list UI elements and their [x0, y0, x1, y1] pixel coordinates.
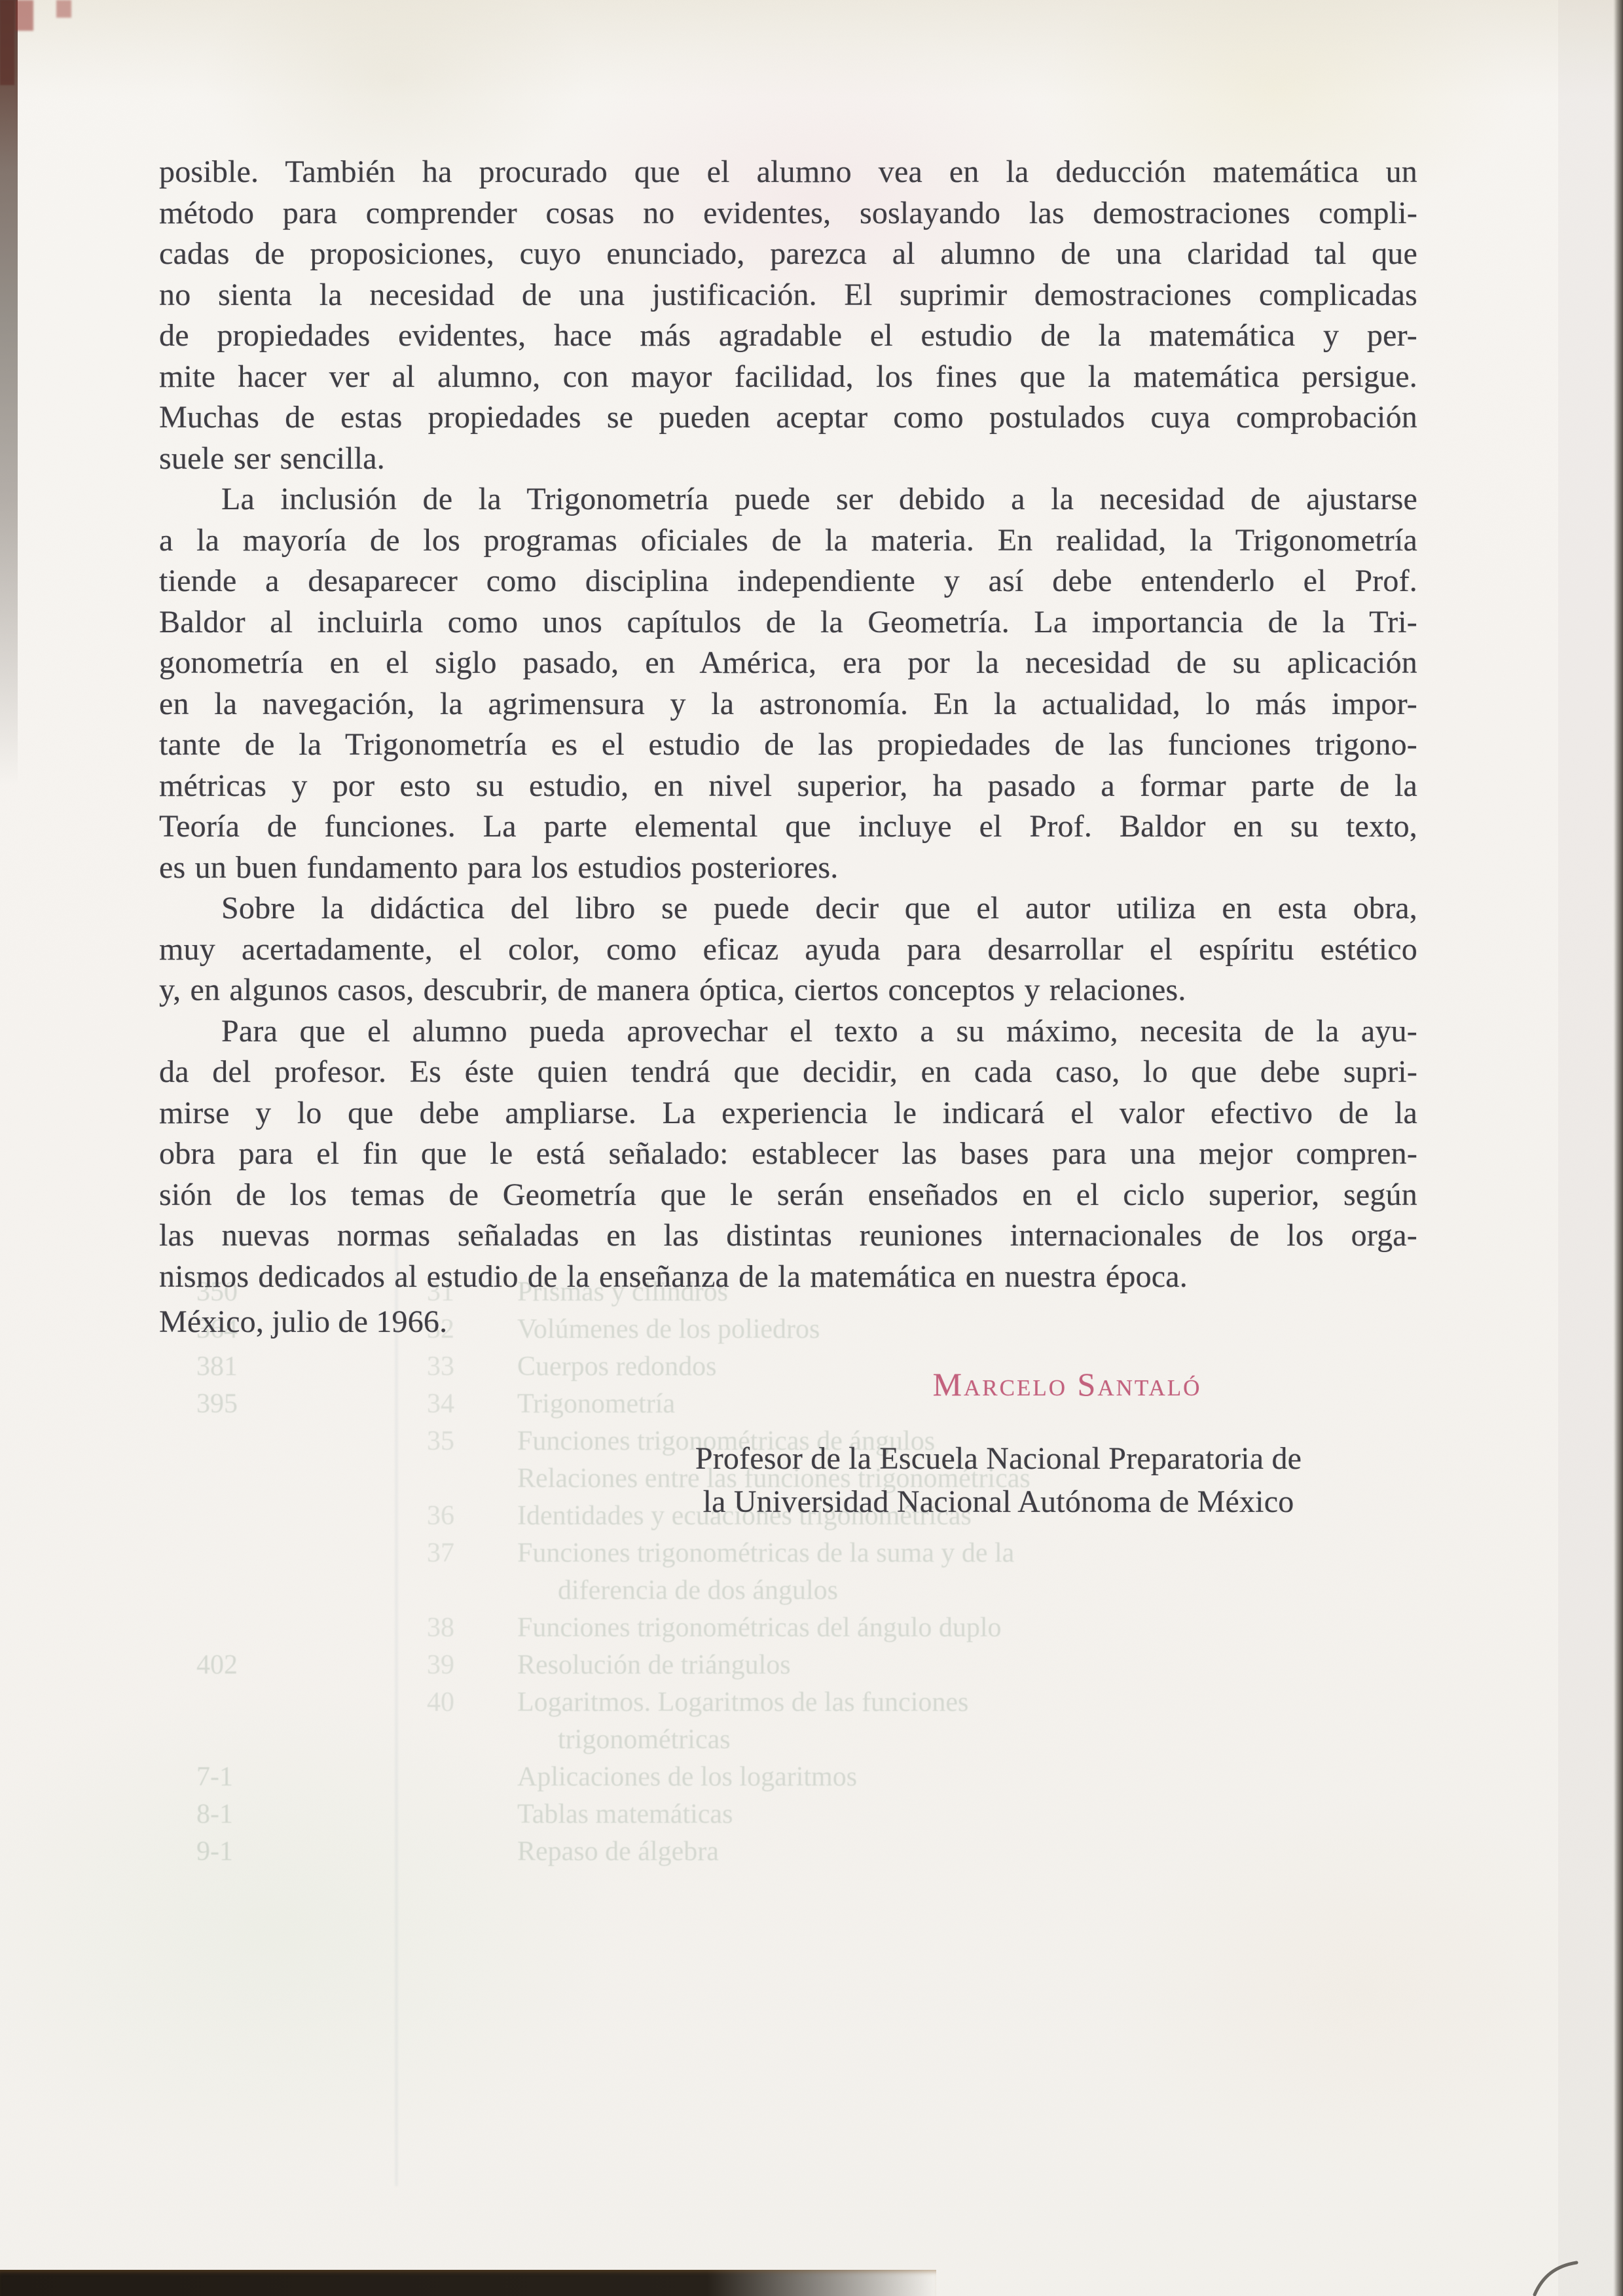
bleedthrough-text: Trigonometría: [517, 1388, 675, 1420]
bleedthrough-text: 402: [196, 1649, 238, 1681]
attribution-line: Profesor de la Escuela Nacional Preparat…: [665, 1437, 1332, 1480]
paragraph: Sobre la didáctica del libro se puede de…: [159, 888, 1417, 1011]
signature-name: Marcelo Santaló: [871, 1365, 1264, 1403]
bleedthrough-text: Aplicaciones de los logaritmos: [517, 1761, 857, 1793]
bleedthrough-text: Cuerpos redondos: [517, 1351, 716, 1382]
text-line: no sienta la necesidad de una justificac…: [159, 275, 1417, 316]
bleedthrough-text: Funciones trigonométricas del ángulo dup…: [517, 1612, 1002, 1643]
attribution: Profesor de la Escuela Nacional Preparat…: [665, 1437, 1332, 1524]
text-line: Teoría de funciones. La parte elemental …: [159, 806, 1417, 848]
bleedthrough-text: diferencia de dos ángulos: [558, 1575, 838, 1606]
bleedthrough-text: Tablas matemáticas: [517, 1799, 733, 1830]
top-left-red-mark-small: [56, 0, 71, 18]
text-line: de propiedades evidentes, hace más agrad…: [159, 315, 1417, 357]
right-edge-shadow: [1613, 0, 1623, 2296]
text-line: tante de la Trigonometría es el estudio …: [159, 725, 1417, 766]
text-line: Sobre la didáctica del libro se puede de…: [159, 888, 1417, 929]
bleedthrough-text: 36: [427, 1500, 454, 1532]
top-left-red-mark: [16, 0, 33, 31]
bottom-right-stray-mark: [1528, 2255, 1587, 2296]
bleedthrough-text: 40: [427, 1687, 454, 1718]
text-line: método para comprender cosas no evidente…: [159, 193, 1417, 234]
bleedthrough-toc-row: 38Funciones trigonométricas del ángulo d…: [0, 1612, 1375, 1645]
bottom-edge-dark-bar: [0, 2270, 936, 2296]
bleedthrough-text: 39: [427, 1649, 454, 1681]
text-line: en la navegación, la agrimensura y la as…: [159, 684, 1417, 725]
paragraph: Para que el alumno pueda aprovechar el t…: [159, 1011, 1417, 1298]
bleedthrough-toc-row: 37Funciones trigonométricas de la suma y…: [0, 1537, 1375, 1570]
text-line: mite hacer ver al alumno, con mayor faci…: [159, 357, 1417, 398]
bleedthrough-toc-row: 9-1Repaso de álgebra: [0, 1836, 1375, 1869]
bleedthrough-text: 35: [427, 1426, 454, 1457]
paper-fold-line: [395, 1244, 397, 2186]
text-line: La inclusión de la Trigonometría puede s…: [159, 479, 1417, 520]
text-line: muy acertadamente, el color, como eficaz…: [159, 929, 1417, 971]
text-line: nismos dedicados al estudio de la enseña…: [159, 1257, 1417, 1298]
text-line: las nuevas normas señaladas en las disti…: [159, 1215, 1417, 1257]
bleedthrough-toc-row: 40Logaritmos. Logaritmos de las funcione…: [0, 1687, 1375, 1719]
bleedthrough-text: 37: [427, 1537, 454, 1569]
bleedthrough-toc-row: 40239Resolución de triángulos: [0, 1649, 1375, 1682]
bleedthrough-text: Repaso de álgebra: [517, 1836, 719, 1867]
bleedthrough-toc-row: 8-1Tablas matemáticas: [0, 1799, 1375, 1831]
attribution-line: la Universidad Nacional Autónoma de Méxi…: [665, 1480, 1332, 1524]
paragraph: posible. También ha procurado que el alu…: [159, 152, 1417, 479]
text-line: posible. También ha procurado que el alu…: [159, 152, 1417, 193]
right-edge-speckle-band: [1558, 0, 1614, 2296]
bleedthrough-text: Volúmenes de los poliedros: [517, 1314, 820, 1345]
text-line: sión de los temas de Geometría que le se…: [159, 1175, 1417, 1216]
bleedthrough-text: 33: [427, 1351, 454, 1382]
bleedthrough-text: 395: [196, 1388, 238, 1420]
text-line: Para que el alumno pueda aprovechar el t…: [159, 1011, 1417, 1052]
text-line: métricas y por esto su estudio, en nivel…: [159, 766, 1417, 807]
text-line: gonometría en el siglo pasado, en Améric…: [159, 643, 1417, 684]
bleedthrough-text: Logaritmos. Logaritmos de las funciones: [517, 1687, 968, 1718]
top-edge-shadow: [0, 0, 1623, 98]
text-line: mirse y lo que debe ampliarse. La experi…: [159, 1093, 1417, 1134]
text-line: Baldor al incluirla como unos capítulos …: [159, 602, 1417, 643]
dateline: México, julio de 1966.: [159, 1304, 447, 1340]
left-edge-dark-top: [0, 0, 14, 85]
bleedthrough-text: 38: [427, 1612, 454, 1643]
bleedthrough-text: 34: [427, 1388, 454, 1420]
bleedthrough-text: Funciones trigonométricas de la suma y d…: [517, 1537, 1014, 1569]
text-line: y, en algunos casos, descubrir, de maner…: [159, 970, 1417, 1011]
text-line: cadas de proposiciones, cuyo enunciado, …: [159, 234, 1417, 275]
text-line: es un buen fundamento para los estudios …: [159, 848, 1417, 889]
bleedthrough-text: 9-1: [196, 1836, 233, 1867]
bleedthrough-toc-row: 7-1Aplicaciones de los logaritmos: [0, 1761, 1375, 1794]
text-line: Muchas de estas propiedades se pueden ac…: [159, 397, 1417, 439]
bleedthrough-text: 7-1: [196, 1761, 233, 1793]
scanned-page: 35031Prismas y cilindros36432Volúmenes d…: [0, 0, 1623, 2296]
text-line: obra para el fin que le está señalado: e…: [159, 1134, 1417, 1175]
text-line: tiende a desaparecer como disciplina ind…: [159, 561, 1417, 602]
text-line: a la mayoría de los programas oficiales …: [159, 520, 1417, 562]
bleedthrough-toc-row: trigonométricas: [0, 1724, 1375, 1757]
bleedthrough-text: trigonométricas: [558, 1724, 731, 1755]
bleedthrough-text: 381: [196, 1351, 238, 1382]
left-edge-shadow: [0, 0, 18, 818]
paragraph: La inclusión de la Trigonometría puede s…: [159, 479, 1417, 888]
text-line: da del profesor. Es éste quien tendrá qu…: [159, 1052, 1417, 1093]
body-text: posible. También ha procurado que el alu…: [159, 152, 1417, 1297]
text-line: suele ser sencilla.: [159, 439, 1417, 480]
bleedthrough-text: Resolución de triángulos: [517, 1649, 791, 1681]
bleedthrough-toc-row: diferencia de dos ángulos: [0, 1575, 1375, 1607]
bleedthrough-text: 8-1: [196, 1799, 233, 1830]
